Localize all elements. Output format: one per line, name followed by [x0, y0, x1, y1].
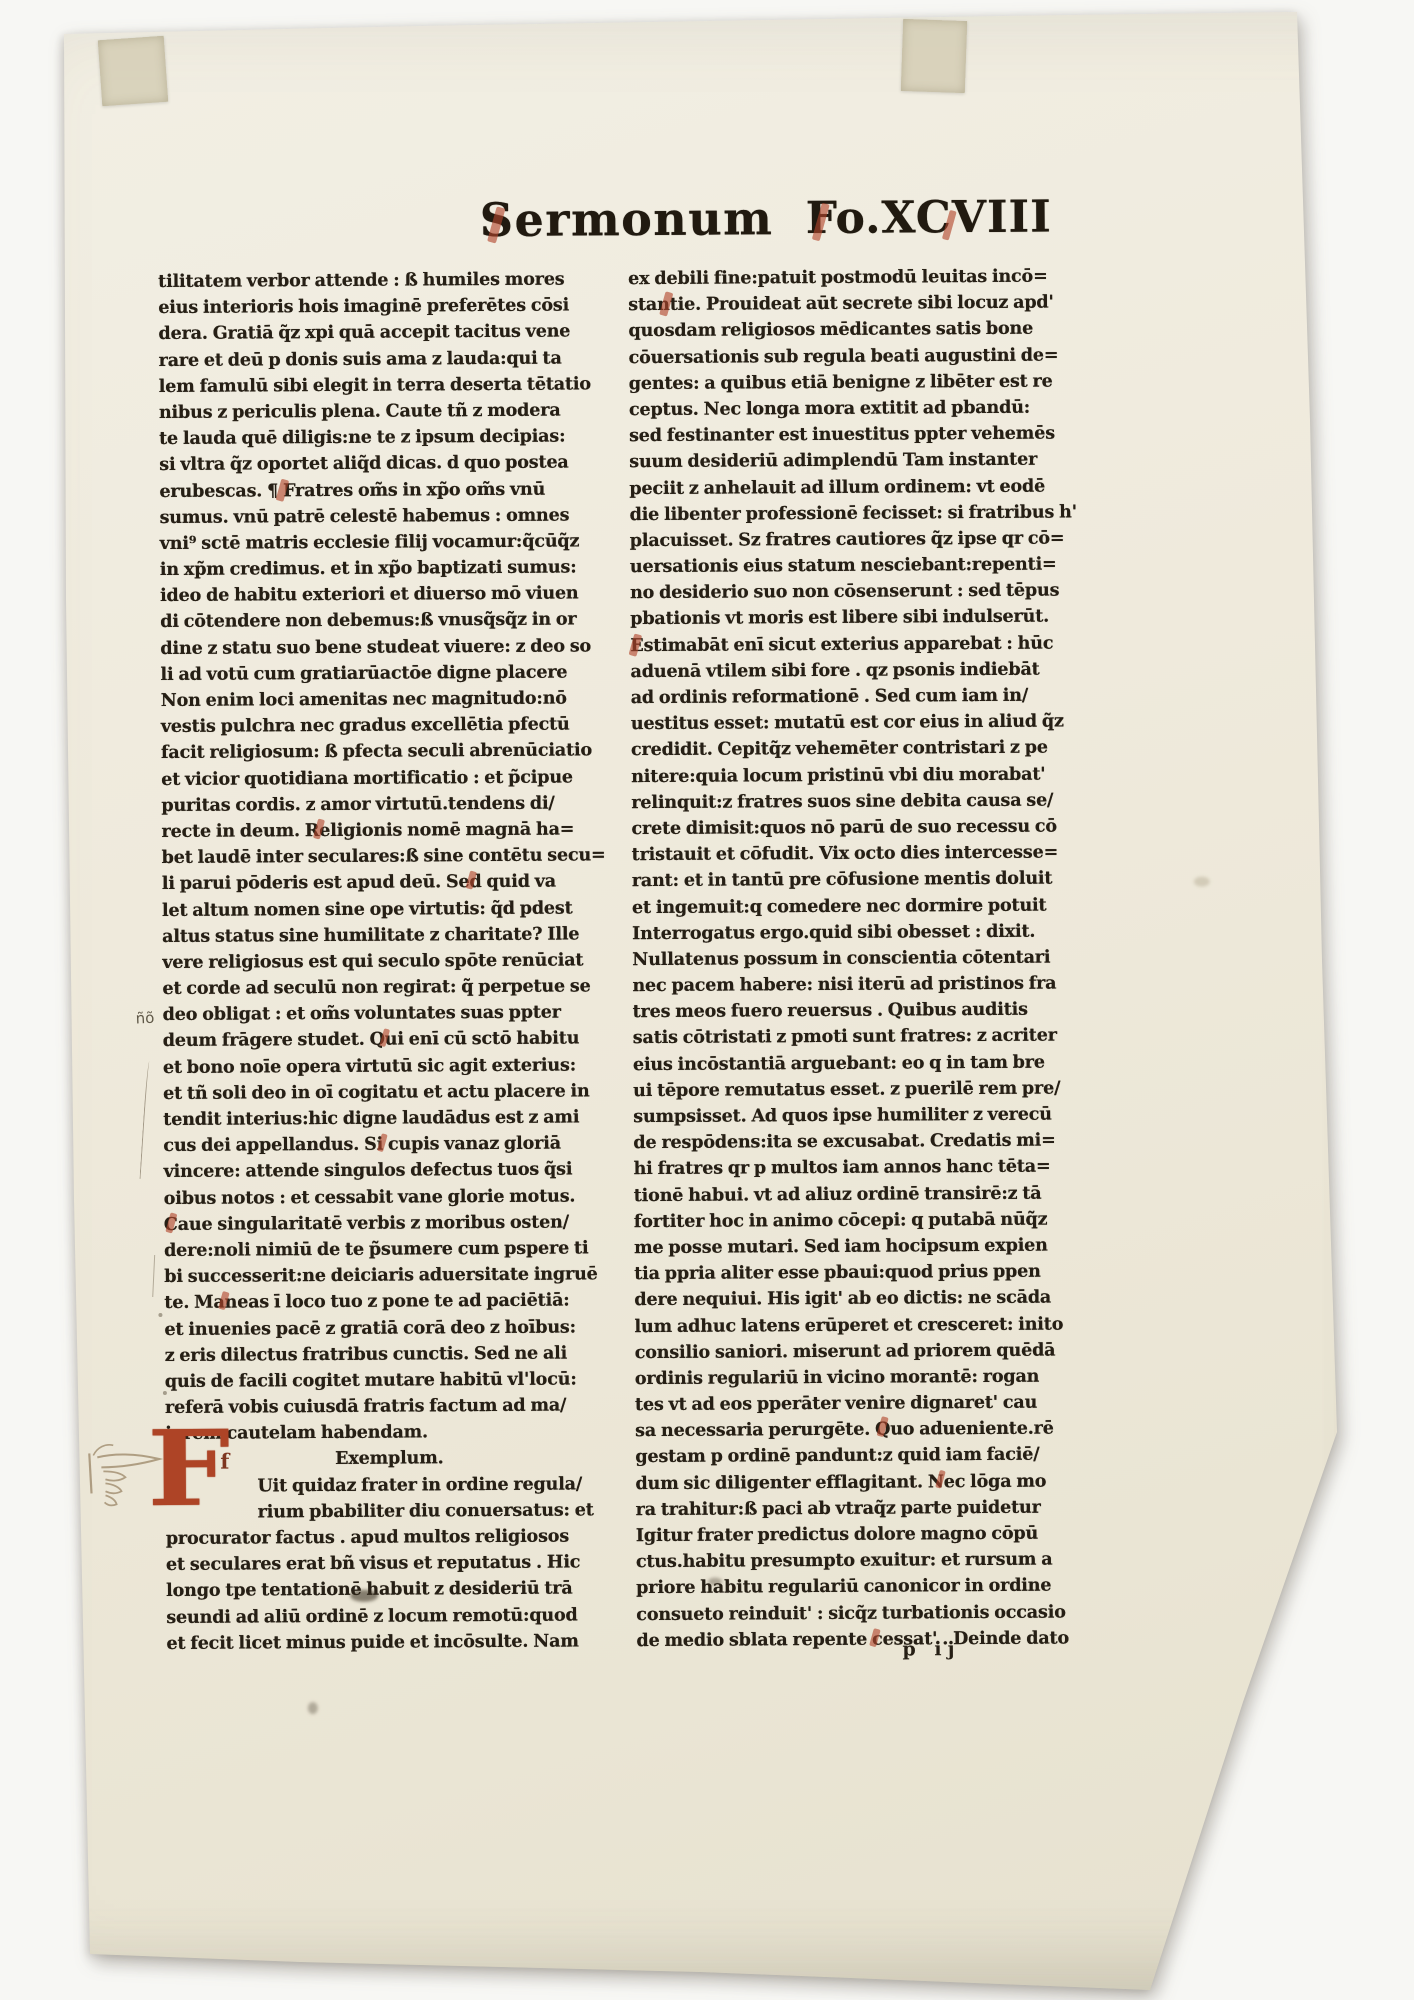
text-line: deum frāgere studet. Qui enī cū sctō hab… [163, 1026, 611, 1055]
text-line: sa necessaria perurgēte. Quo adueniente.… [635, 1416, 1083, 1445]
text-line: de respōdens:ita se excusabat. Credatis … [633, 1128, 1081, 1157]
text-line: erubescas. ¶ Fratres om̃s in xp̃o om̃s v… [159, 476, 607, 505]
text-column-right: ex debili fine:patuit postmodū leuitas i… [628, 263, 1084, 1654]
text-line: ideo de habitu exteriori et diuerso mō v… [160, 581, 608, 610]
text-line: nibus z periculis plena. Caute tñ z mode… [159, 397, 607, 426]
text-line: et inuenies pacē z gratiā corā deo z hoī… [164, 1314, 612, 1343]
text-line: z eris dilectus fratribus cunctis. Sed n… [165, 1340, 613, 1369]
folio-number: Fo.XCVIII [806, 192, 1052, 245]
text-line: placuisset. Sz fratres cautiores q̃z ips… [630, 525, 1078, 554]
rubrication-mark [377, 1133, 388, 1152]
rubrication-mark [465, 870, 477, 889]
text-line: let altum nomen sine ope virtutis: q̃d p… [162, 895, 610, 924]
ink-dot [163, 1391, 167, 1395]
rubrication-mark [379, 1028, 390, 1047]
text-line: Nullatenus possum in conscientia cōtenta… [632, 944, 1080, 973]
text-line: Estimabāt enī sicut exterius apparebat :… [630, 630, 1078, 659]
text-line: sumpsisset. Ad quos ipse humiliter z ver… [633, 1101, 1081, 1130]
text-line: di cōtendere non debemus:ß vnusq̃sq̃z in… [160, 607, 608, 636]
rubrication-mark [487, 206, 505, 243]
manicule-icon [83, 1427, 168, 1520]
text-line: si vltra q̃z oportet aliq̃d dicas. d quo… [159, 450, 607, 479]
paper-stain [1194, 877, 1210, 887]
text-line: dera. Gratiā q̃z xpi quā accepit tacitus… [158, 319, 606, 348]
text-line: longo tpe tentationē habuit z desideriū … [166, 1576, 614, 1605]
text-line: eius interioris hois imaginē preferētes … [158, 292, 606, 321]
text-line: relinquit:z fratres suos sine debita cau… [631, 787, 1079, 816]
text-line: li parui pōderis est apud deū. Sed quid … [162, 869, 610, 898]
text-line: et corde ad seculū non regirat: q̃ perpe… [162, 973, 610, 1002]
text-line: vincere: attende singulos defectus tuos … [163, 1157, 611, 1186]
text-line: de medio sblata repente cessat' . Deinde… [636, 1625, 1084, 1654]
text-line: facit religiosum: ß pfecta seculi abrenū… [161, 738, 609, 767]
text-line: et ingemuit:q comedere nec dormire potui… [632, 892, 1080, 921]
rubrication-mark [869, 1628, 881, 1647]
text-line: pbationis vt moris est libere sibi indul… [630, 604, 1078, 633]
text-line: tionē habui. vt ad aliuz ordinē transirē… [634, 1180, 1082, 1209]
lombard-initial: F [147, 1417, 230, 1522]
text-line: no desiderio suo non cōsenserunt : sed t… [630, 578, 1078, 607]
text-line: uersationis eius statum nesciebant:repen… [630, 551, 1078, 580]
rubrication-mark [942, 210, 957, 241]
rubrication-mark [877, 1416, 889, 1437]
text-line: nec pacem habere: nisi iterū ad pristino… [632, 970, 1080, 999]
text-line: in xp̃m credimus. et in xp̃o baptizati s… [160, 554, 608, 583]
text-line: et vicior quotidiana mortificatio : et p… [161, 764, 609, 793]
rubrication-mark [659, 291, 673, 316]
text-line: ordinis regulariū in vicino morantē: rog… [635, 1363, 1083, 1392]
text-line: aduenā vtilem sibi fore . qz psonis indi… [630, 656, 1078, 685]
text-line: bi successerit:ne deiciaris aduersitate … [164, 1261, 612, 1290]
text-line: ra trahitur:ß paci ab vtraq̃z parte puid… [636, 1494, 1084, 1523]
text-line: tilitatem verbor attende : ß humiles mor… [158, 266, 606, 295]
text-line: altus status sine humilitate z charitate… [162, 921, 610, 950]
text-line: lum adhuc latens erūperet et cresceret: … [634, 1311, 1082, 1340]
text-line: hi fratres qr p multos iam annos hanc tē… [633, 1154, 1081, 1183]
text-column-left: tilitatem verbor attende : ß humiles mor… [158, 266, 614, 1657]
text-line: quosdam religiosos mēdicantes satis bone [628, 316, 1076, 345]
quire-signature: p ij [902, 1638, 960, 1660]
tape-strip [98, 36, 168, 106]
rubrication-mark [276, 479, 290, 502]
text-line: oibus notos : et cessabit vane glorie mo… [164, 1183, 612, 1212]
text-line: rare et deū p donis suis ama z lauda:qui… [159, 345, 607, 374]
text-line: seundi ad aliū ordinē z locum remotū:quo… [166, 1602, 614, 1631]
text-line: tes vt ad eos pperāter venire dignaret' … [635, 1389, 1083, 1418]
text-line: deo obligat : et om̃s voluntates suas pp… [163, 1000, 611, 1029]
text-line: dine z statu suo bene studeat viuere: z … [160, 633, 608, 662]
tape-strip [901, 19, 967, 93]
text-line: et fecit licet minus puide et incōsulte.… [166, 1628, 614, 1657]
ink-smudge [350, 1590, 378, 1602]
text-line: rium pbabiliter diu conuersatus: et [166, 1497, 614, 1526]
text-line: ceptus. Nec longa mora extitit ad pbandū… [629, 394, 1077, 423]
rubrication-mark [313, 818, 325, 839]
text-line: lem famulū sibi elegit in terra deserta … [159, 371, 607, 400]
text-line: die libenter professionē fecisset: si fr… [629, 499, 1077, 528]
text-line: li ad votū cum gratiarūactōe digne place… [160, 659, 608, 688]
text-line: vere religiosus est qui seculo spōte ren… [162, 947, 610, 976]
ink-dot [158, 1313, 162, 1317]
text-line: ad ordinis reformationē . Sed cum iam in… [631, 682, 1079, 711]
text-line: cōuersationis sub regula beati augustini… [629, 342, 1077, 371]
rubrication-mark [218, 1291, 230, 1310]
text-line: cus dei appellandus. Si cupis vanaz glor… [163, 1130, 611, 1159]
text-line: ex debili fine:patuit postmodū leuitas i… [628, 263, 1076, 292]
text-line: sumus. vnū patrē celestē habemus : omnes [159, 502, 607, 531]
text-line: dere nequiui. His igit' ab eo dictis: ne… [634, 1285, 1082, 1314]
text-line: nitere:quia locum pristinū vbi diu morab… [631, 761, 1079, 790]
rubrication-mark [935, 1470, 946, 1489]
text-line: tendit interius:hic digne laudādus est z… [163, 1104, 611, 1133]
printed-area: Sermonum Fo.XCVIII tilitatem verbor atte… [0, 0, 1414, 2000]
text-line: dum sic diligenter efflagitant. Nec lōga… [635, 1468, 1083, 1497]
text-line: tres meos fuero reuersus . Quibus auditi… [633, 997, 1081, 1026]
text-line: sed festinanter est inuestitus ppter veh… [629, 421, 1077, 450]
text-line: satis cōtristati z pmoti sunt fratres: z… [633, 1023, 1081, 1052]
text-line: dere:noli nimiū de te p̃sumere cum psper… [164, 1235, 612, 1264]
text-line: Igitur frater predictus dolore magno cōp… [636, 1520, 1084, 1549]
text-line: fortiter hoc in animo cōcepi: q putabā n… [634, 1206, 1082, 1235]
text-line: eius incōstantiā arguebant: eo q in tam … [633, 1049, 1081, 1078]
text-line: priore habitu regulariū canonicor in ord… [636, 1573, 1084, 1602]
text-line: iorem cautelam habendam. [165, 1418, 613, 1447]
text-line: ctus.habitu presumpto exuitur: et rursum… [636, 1547, 1084, 1576]
text-line: credidit. Cepitq̃z vehemēter contristari… [631, 735, 1079, 764]
text-line: Non enim loci amenitas nec magnitudo:nō [161, 685, 609, 714]
rubrication-mark [165, 1212, 177, 1233]
text-line: tristauit et cōfudit. Vix octo dies inte… [632, 840, 1080, 869]
text-line: bet laudē inter seculares:ß sine contētu… [162, 842, 610, 871]
pen-stroke [152, 1255, 157, 1297]
text-line: suum desideriū adimplendū Tam instanter [629, 447, 1077, 476]
text-line: referā vobis cuiusdā fratris factum ad m… [165, 1392, 613, 1421]
handwritten-margin-note: ñõ [135, 1009, 154, 1028]
text-line: rant: et in tantū pre cōfusione mentis d… [632, 866, 1080, 895]
text-line: consilio saniori. miserunt ad priorem qu… [635, 1337, 1083, 1366]
text-line: puritas cordis. z amor virtutū.tendens d… [161, 790, 609, 819]
paper-stain [708, 1578, 722, 1586]
text-line: et tñ soli deo in oī cogitatu et actu pl… [163, 1078, 611, 1107]
text-line: tia ppria aliter esse pbaui:quod prius p… [634, 1259, 1082, 1288]
guide-letter: f [220, 1449, 229, 1474]
text-line: quis de facili cogitet mutare habitū vl'… [165, 1366, 613, 1395]
text-line: et seculares erat bñ visus et reputatus … [166, 1549, 614, 1578]
running-title: Sermonum [480, 191, 774, 247]
text-line: Uit quidaz frater in ordine regula/ [165, 1471, 613, 1500]
pen-stroke [139, 1061, 151, 1179]
rubrication-mark [629, 633, 643, 656]
text-line: te. Maneas ī loco tuo z pone te ad paciē… [164, 1288, 612, 1317]
text-line: te lauda quē diligis:ne te z ipsum decip… [159, 423, 607, 452]
text-line: me posse mutari. Sed iam hocipsum expien [634, 1232, 1082, 1261]
text-line: crete dimisit:quos nō parū de suo recess… [631, 813, 1079, 842]
text-line: gentes: a quibus etiā benigne z libēter … [629, 368, 1077, 397]
text-line: ui tēpore remutatus esset. z puerilē rem… [633, 1075, 1081, 1104]
book-page-leaf: Sermonum Fo.XCVIII tilitatem verbor atte… [0, 0, 1414, 2000]
scan-background: Sermonum Fo.XCVIII tilitatem verbor atte… [0, 0, 1414, 2000]
page-shadow: Sermonum Fo.XCVIII tilitatem verbor atte… [0, 0, 1414, 2000]
text-line: procurator factus . apud multos religios… [166, 1523, 614, 1552]
text-line: Caue singularitatē verbis z moribus oste… [164, 1209, 612, 1238]
text-line: peciit z anhelauit ad illum ordinem: vt … [629, 473, 1077, 502]
text-line: gestam p ordinē pandunt:z quid iam faciē… [635, 1442, 1083, 1471]
text-line: uestitus esset: mutatū est cor eius in a… [631, 709, 1079, 738]
rubrication-mark [812, 203, 830, 242]
text-line: consueto reinduit' : sicq̃z turbationis … [636, 1599, 1084, 1628]
text-line: Interrogatus ergo.quid sibi obesset : di… [632, 918, 1080, 947]
text-line: vni⁹ sctē matris ecclesie filij vocamur:… [160, 528, 608, 557]
text-line: Exemplum. [165, 1445, 613, 1474]
text-line: recte in deum. Religionis nomē magnā ha= [161, 816, 609, 845]
text-line: stantie. Prouideat aūt secrete sibi locu… [628, 290, 1076, 319]
text-line: vestis pulchra nec gradus excellētia pfe… [161, 711, 609, 740]
text-line: et bono noīe opera virtutū sic agit exte… [163, 1052, 611, 1081]
paper-stain [308, 1702, 318, 1714]
